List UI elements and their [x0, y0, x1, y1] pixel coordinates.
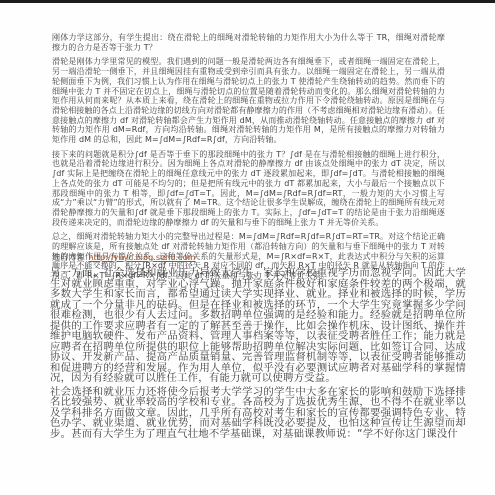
physics-question-paragraph: 刚体力学这部分，有学生提出：绕在滑轮上的细绳对滑轮转轴的力矩作用大小为什么等于 …	[52, 33, 445, 52]
education-section: 另一方面，社会选择和就业压力导致大学生、家长和学校重视学历而忽视学问。因此大学生…	[50, 268, 466, 442]
document-page: 刚体力学这部分，有学生提出：绕在滑轮上的细绳对滑轮转轴的力矩作用大小为什么等于 …	[0, 0, 495, 495]
physics-paragraph-pulley-model: 滑轮是刚体力学里常见的模型。我们遇到的问题一般是滑轮两边各有细绳垂下，或者细绳一…	[52, 57, 445, 144]
physics-paragraph-integral: 接下来的问题就是积分∫df 是否等于垂下的那段细绳中的张力 T？∫df 是在与滑…	[52, 150, 445, 228]
source-attribution: 选自博客http://ybyc.blog.sohu.com	[52, 252, 196, 263]
source-prefix-label: 选自博客	[52, 253, 84, 262]
physics-section: 刚体力学这部分，有学生提出：绕在滑轮上的细绳对滑轮转轴的力矩作用大小为什么等于 …	[52, 33, 445, 286]
scan-edge-top	[0, 0, 495, 3]
education-paragraph-college-choice: 社会选择和就业压力还将使今后报考大学学习的学生中大多在家长的影响和鼓励下选择排名…	[50, 387, 466, 440]
blog-source-link[interactable]: http://ybyc.blog.sohu.com	[88, 253, 195, 262]
education-paragraph-employment: 另一方面，社会选择和就业压力导致大学生、家长和学校重视学历而忽视学问。因此大学生…	[50, 268, 466, 384]
